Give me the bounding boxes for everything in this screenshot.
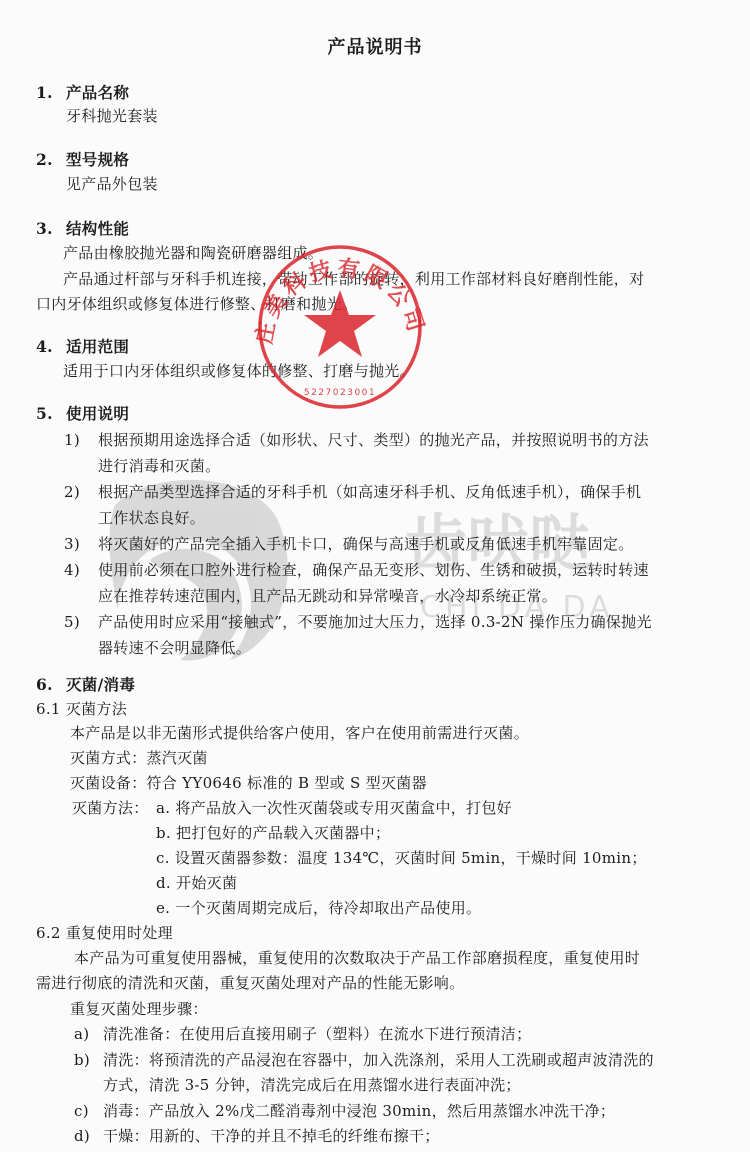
sterilization-step: c. 设置灭菌器参数：温度 134℃，灭菌时间 5min，干燥时间 10min；: [156, 848, 647, 868]
reuse-step-b-marker: b): [74, 1050, 90, 1070]
section-1-heading: 1.产品名称: [36, 83, 129, 103]
usage-item-5-line: 产品使用时应采用“接触式”，不要施加过大压力，选择 0.3-2N 操作压力确保抛…: [98, 612, 652, 632]
svg-text:5227023001: 5227023001: [304, 388, 376, 398]
reuse-step-d-marker: d): [74, 1126, 90, 1146]
sterilization-step: a. 将产品放入一次性灭菌袋或专用灭菌盒中，打包好: [156, 798, 512, 818]
section-3-heading: 3.结构性能: [36, 219, 129, 239]
reuse-paragraph-line: 需进行彻底的清洗和灭菌，重复灭菌处理对产品的性能无影响。: [36, 973, 464, 993]
section-4-heading: 4.适用范围: [36, 337, 129, 357]
usage-item-5-line: 器转速不会明显降低。: [98, 638, 251, 658]
usage-item-4-line: 使用前必须在口腔外进行检查，确保产品无变形、划伤、生锈和破损，运转时转速: [98, 560, 649, 580]
sterilization-equipment: 灭菌设备：符合 YY0646 标准的 B 型或 S 型灭菌器: [70, 773, 427, 793]
sterilization-step: b. 把打包好的产品载入灭菌器中；: [156, 823, 390, 843]
sterilization-step: d. 开始灭菌: [156, 873, 237, 893]
subsection-6-2-heading: 6.2 重复使用时处理: [36, 923, 173, 943]
reuse-paragraph-line: 本产品为可重复使用器械，重复使用的次数取决于产品工作部磨损程度，重复使用时: [74, 948, 640, 968]
document-title: 产品说明书: [0, 38, 750, 58]
usage-item-5-marker: 5): [64, 612, 80, 632]
usage-item-2-marker: 2): [64, 482, 80, 502]
sterilization-step: e. 一个灭菌周期完成后，待冷却取出产品使用。: [156, 898, 481, 918]
reuse-step-c-marker: c): [74, 1101, 89, 1121]
usage-item-1-line: 根据预期用途选择合适（如形状、尺寸、类型）的抛光产品，并按照说明书的方法: [98, 430, 649, 450]
reuse-steps-label: 重复灭菌处理步骤：: [70, 999, 208, 1019]
reuse-step-a-line: 清洗准备：在使用后直接用刷子（塑料）在流水下进行预清洁；: [103, 1024, 531, 1044]
usage-item-3-line: 将灭菌好的产品完全插入手机卡口，确保与高速手机或反角低速手机牢靠固定。: [98, 534, 634, 554]
usage-item-2-line: 工作状态良好。: [98, 508, 205, 528]
section-3-body-line: 产品通过杆部与牙科手机连接，带动工作部的旋转，利用工作部材料良好磨削性能，对: [63, 269, 644, 289]
section-4-body: 适用于口内牙体组织或修复体的修整、打磨与抛光。: [63, 361, 415, 381]
section-6-heading: 6.灭菌/消毒: [36, 675, 135, 695]
section-5-heading: 5.使用说明: [36, 404, 129, 424]
sterilization-mode: 灭菌方式：蒸汽灭菌: [70, 748, 208, 768]
section-2-body: 见产品外包装: [66, 174, 158, 194]
section-3-body-line: 口内牙体组织或修复体进行修整、打磨和抛光。: [36, 294, 357, 314]
sterilization-intro: 本产品是以非无菌形式提供给客户使用，客户在使用前需进行灭菌。: [70, 723, 529, 743]
reuse-step-d-line: 干燥：用新的、干净的并且不掉毛的纤维布擦干；: [103, 1126, 440, 1146]
reuse-step-b-line: 清洗：将预清洗的产品浸泡在容器中，加入洗涤剂，采用人工洗刷或超声波清洗的: [103, 1050, 654, 1070]
reuse-step-c-line: 消毒：产品放入 2%戊二醛消毒剂中浸泡 30min，然后用蒸馏水冲洗干净；: [103, 1101, 615, 1121]
reuse-step-a-marker: a): [74, 1024, 89, 1044]
section-2-heading: 2.型号规格: [36, 150, 129, 170]
usage-item-4-marker: 4): [64, 560, 80, 580]
sterilization-method-label: 灭菌方法：: [72, 798, 149, 818]
usage-item-2-line: 根据产品类型选择合适的牙科手机（如高速牙科手机、反角低速手机），确保手机: [98, 482, 641, 502]
subsection-6-1-heading: 6.1 灭菌方法: [36, 699, 127, 719]
section-3-body-line: 产品由橡胶抛光器和陶瓷研磨器组成。: [63, 243, 323, 263]
usage-item-4-line: 应在推荐转速范围内，且产品无跳动和异常噪音，水冷却系统正常。: [98, 586, 557, 606]
section-1-body: 牙科抛光套装: [66, 106, 158, 126]
usage-item-1-line: 进行消毒和灭菌。: [98, 456, 220, 476]
reuse-step-b-line: 方式，清洗 3-5 分钟，清洗完成后在用蒸馏水进行表面冲洗；: [103, 1075, 521, 1095]
document-page: 齿吠哒 CHI DA DA 产品说明书 1.产品名称 牙科抛光套装 2.型号规格…: [0, 0, 750, 1152]
usage-item-3-marker: 3): [64, 534, 80, 554]
usage-item-1-marker: 1): [64, 430, 80, 450]
